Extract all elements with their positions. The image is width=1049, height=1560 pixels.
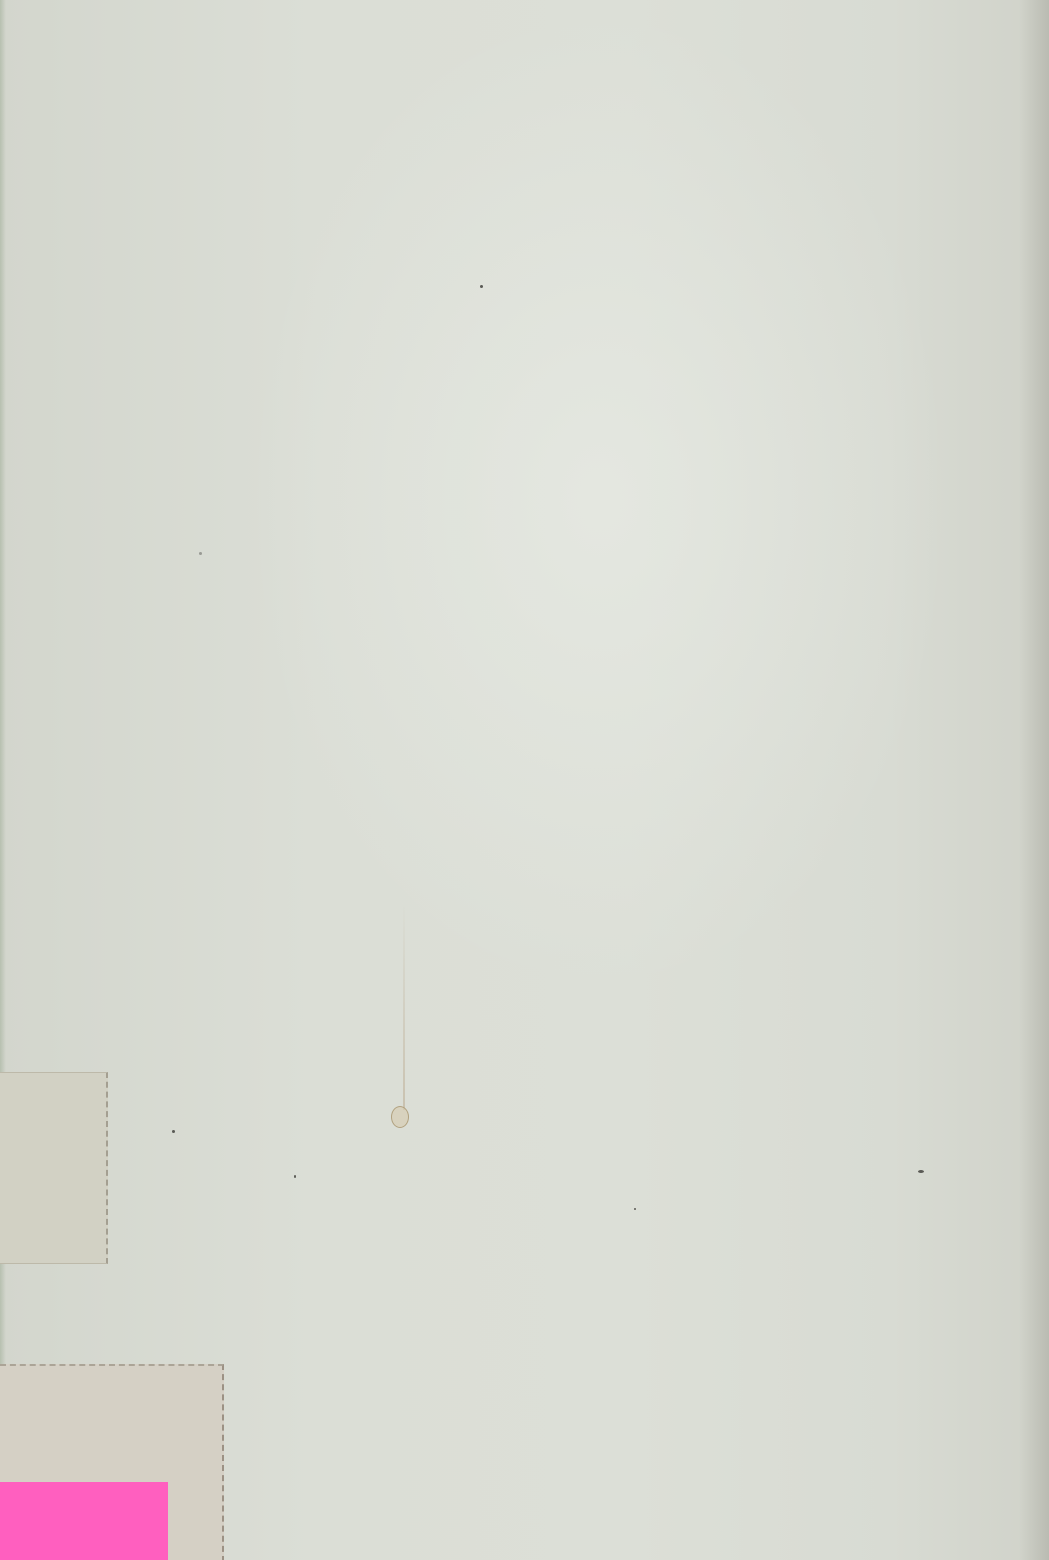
pink-sticker: [0, 1482, 168, 1560]
book-back-cover: [0, 0, 1049, 1560]
stain-drop: [391, 1106, 409, 1128]
cover-right-edge-shadow: [1019, 0, 1049, 1560]
cover-left-edge: [0, 0, 6, 1560]
speck: [199, 552, 202, 555]
speck: [480, 285, 483, 288]
speck: [634, 1208, 636, 1210]
speck: [294, 1175, 296, 1178]
speck: [172, 1130, 175, 1133]
label-residue-upper: [0, 1072, 108, 1264]
stain-trail: [403, 900, 405, 1110]
speck: [918, 1170, 924, 1173]
